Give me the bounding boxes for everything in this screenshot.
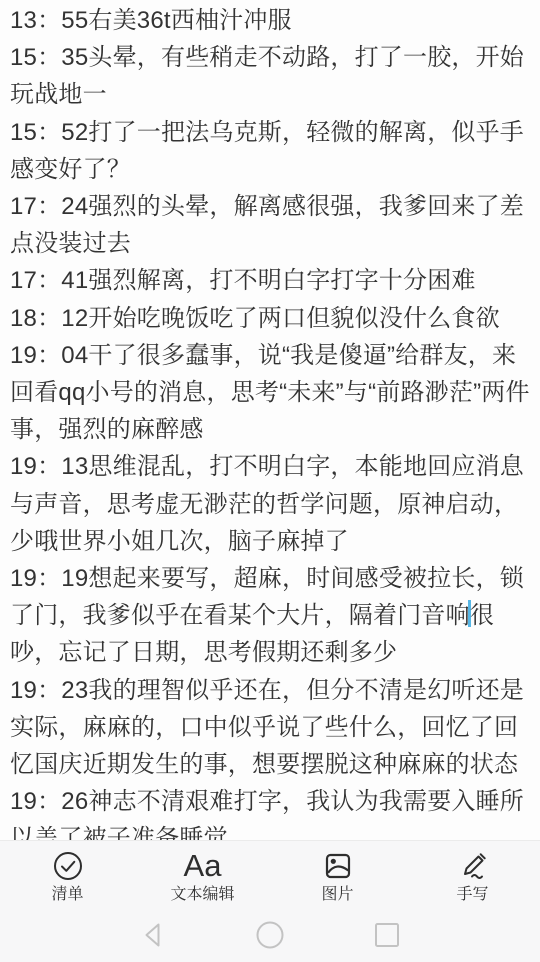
image-label: 图片 [321,886,353,904]
home-circle-icon [255,920,285,953]
entry-time: 19：04 [10,342,88,369]
pen-icon [456,849,490,883]
note-body[interactable]: 13：55右美36t西柚汁冲服15：35头晕，有些稍走不动路，打了一胶，开始玩战… [0,0,540,840]
notes-app-screen: 13：55右美36t西柚汁冲服15：35头晕，有些稍走不动路，打了一胶，开始玩战… [0,0,540,962]
note-entry[interactable]: 19：19想起来要写，超麻，时间感受被拉长，锁了门，我爹似乎在看某个大片，隔着门… [10,560,530,672]
entry-time: 15：52 [10,119,88,146]
handwriting-label: 手写 [456,886,488,904]
checklist-button[interactable]: 清单 [0,849,135,911]
entry-time: 18：12 [10,305,88,332]
text-format-icon: Aa [184,849,222,883]
image-button[interactable]: 图片 [270,849,405,911]
note-entry[interactable]: 17：24强烈的头晕，解离感很强，我爹回来了差点没装过去 [10,188,530,262]
note-entry[interactable]: 19：23我的理智似乎还在，但分不清是幻听还是实际，麻麻的，口中似乎说了些什么，… [10,672,530,784]
note-entry[interactable]: 19：04干了很多蠢事，说“我是傻逼”给群友，来回看qq小号的消息，思考“未来”… [10,337,530,449]
entry-time: 15：35 [10,44,88,71]
entry-time: 19：26 [10,788,88,815]
note-entry[interactable]: 19：26神志不清艰难打字，我认为我需要入睡所以盖了被子准备睡觉 [10,783,530,840]
note-entry[interactable]: 17：41强烈解离，打不明白字打字十分困难 [10,262,530,299]
entry-time: 19：23 [10,677,88,704]
nav-home-button[interactable] [255,920,285,953]
note-entry[interactable]: 19：13思维混乱，打不明白字，本能地回应消息与声音，思考虚无渺茫的哲学问题，原… [10,448,530,560]
note-entry[interactable]: 15：35头晕，有些稍走不动路，打了一胶，开始玩战地一 [10,39,530,113]
back-triangle-icon [139,920,167,953]
picture-icon [323,849,353,883]
entry-time: 13：55 [10,7,88,34]
nav-recents-button[interactable] [373,921,401,952]
entry-time: 17：41 [10,267,88,294]
checklist-label: 清单 [51,886,83,904]
text-edit-button[interactable]: Aa 文本编辑 [135,849,270,911]
entry-time: 17：24 [10,193,88,220]
check-circle-icon [52,849,84,883]
android-navbar [0,911,540,962]
note-entry[interactable]: 13：55右美36t西柚汁冲服 [10,2,530,39]
note-entry[interactable]: 15：52打了一把法乌克斯，轻微的解离，似乎手感变好了？ [10,114,530,188]
entry-time: 19：13 [10,453,88,480]
recents-square-icon [373,921,401,952]
editor-toolbar: 清单 Aa 文本编辑 图片 [0,841,540,911]
entry-time: 19：19 [10,565,88,592]
text-edit-label: 文本编辑 [170,886,234,904]
nav-back-button[interactable] [139,920,167,953]
text-caret [468,600,471,627]
handwriting-button[interactable]: 手写 [405,849,540,911]
bottom-chrome: 清单 Aa 文本编辑 图片 [0,840,540,962]
note-entry[interactable]: 18：12开始吃晚饭吃了两口但貌似没什么食欲 [10,300,530,337]
